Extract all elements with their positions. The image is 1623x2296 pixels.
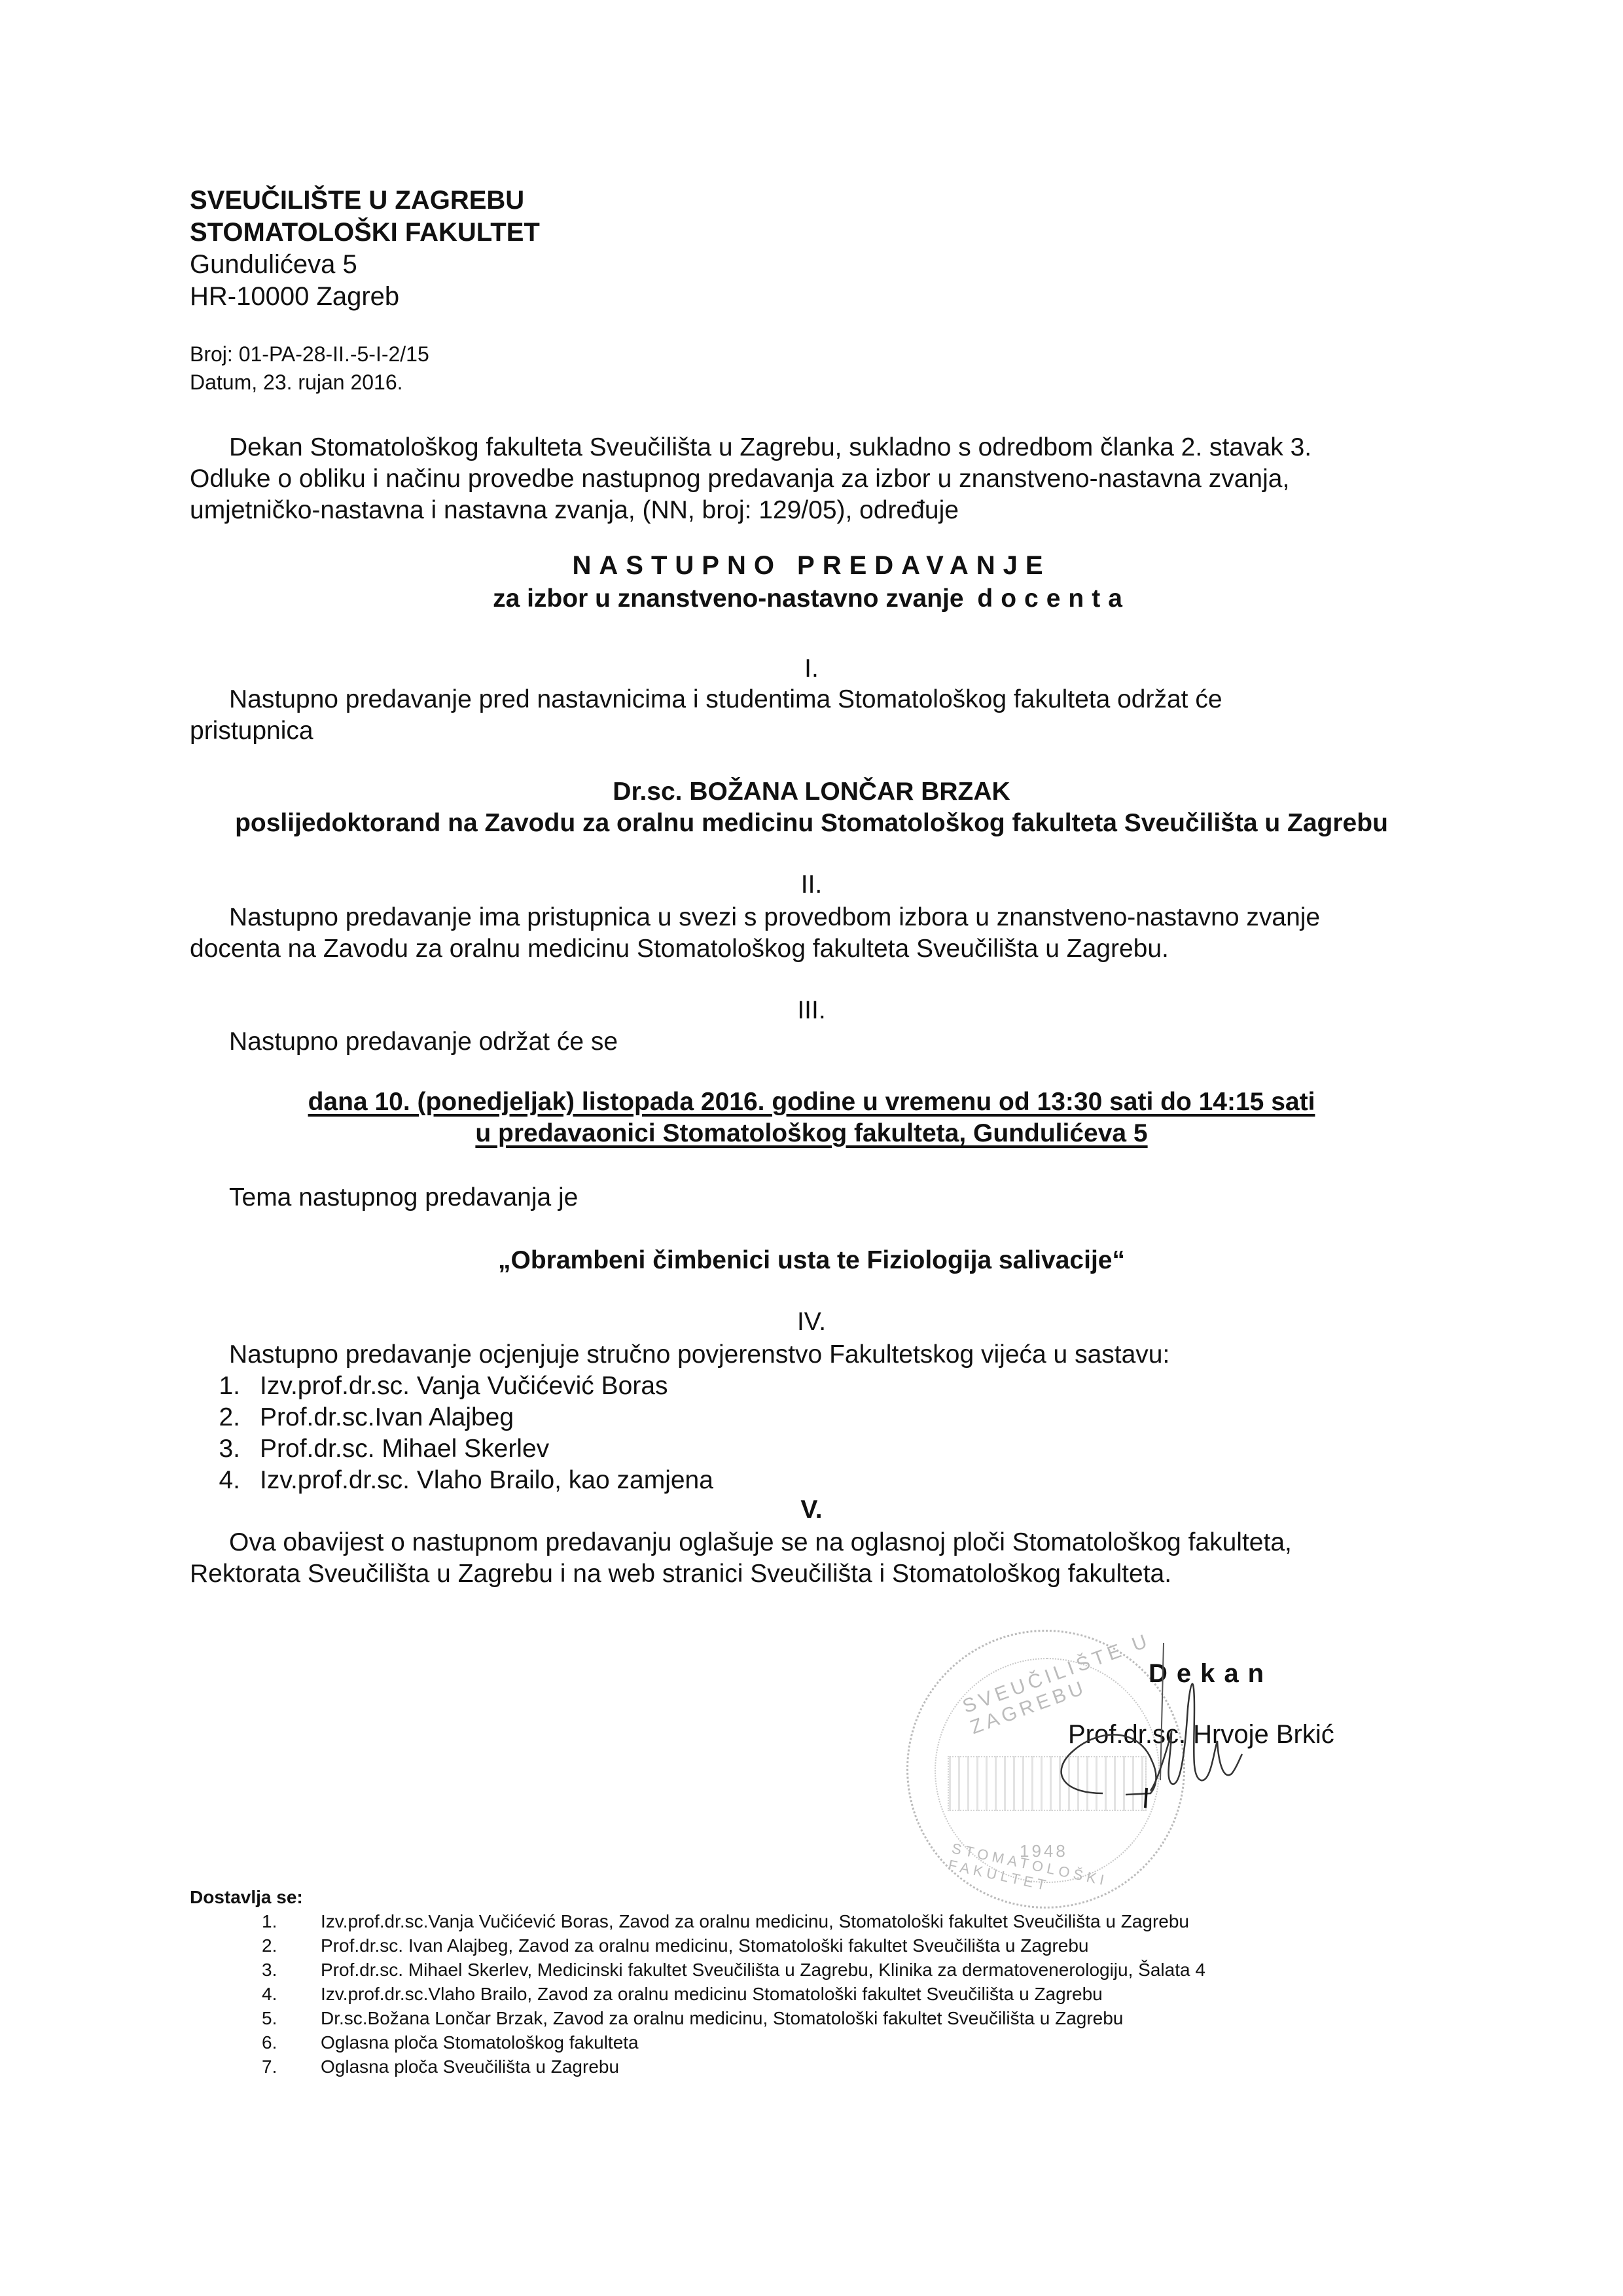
address-city: HR-10000 Zagreb [190,281,399,313]
faculty-name: STOMATOLOŠKI FAKULTET [190,217,540,249]
section-2-line-2: docenta na Zavodu za oralnu medicinu Sto… [190,933,1169,965]
intro-line-1: Dekan Stomatološkog fakulteta Sveučilišt… [229,432,1311,463]
address-street: Gundulićeva 5 [190,249,357,281]
section-5-heading: V. [0,1496,1623,1524]
distribution-item: 3.Prof.dr.sc. Mihael Skerlev, Medicinski… [190,1958,1205,1982]
topic-label: Tema nastupnog predavanja je [229,1182,578,1213]
distribution-item: 2.Prof.dr.sc. Ivan Alajbeg, Zavod za ora… [190,1933,1205,1958]
lecture-datetime: dana 10. (ponedjeljak) listopada 2016. g… [0,1086,1623,1118]
section-4-heading: IV. [0,1308,1623,1336]
committee-member: 2.Prof.dr.sc.Ivan Alajbeg [206,1402,713,1433]
university-name: SVEUČILIŠTE U ZAGREBU [190,185,524,217]
distribution-item: 6.Oglasna ploča Stomatološkog fakulteta [190,2030,1205,2054]
section-5-line-2: Rektorata Sveučilišta u Zagrebu i na web… [190,1558,1171,1590]
subtitle-prefix: za izbor u znanstveno-nastavno zvanje [493,584,963,613]
distribution-item: 4.Izv.prof.dr.sc.Vlaho Brailo, Zavod za … [190,1982,1205,2006]
section-3-heading: III. [0,996,1623,1025]
distribution-item: 1.Izv.prof.dr.sc.Vanja Vučićević Boras, … [190,1909,1205,1933]
section-1-heading: I. [0,655,1623,683]
section-4-intro: Nastupno predavanje ocjenjuje stručno po… [229,1339,1169,1371]
committee-list: 1.Izv.prof.dr.sc. Vanja Vučićević Boras … [206,1371,713,1496]
candidate-position: poslijedoktorand na Zavodu za oralnu med… [0,808,1623,839]
section-2-heading: II. [0,870,1623,899]
distribution-list: 1.Izv.prof.dr.sc.Vanja Vučićević Boras, … [190,1909,1205,2079]
section-1-line-2: pristupnica [190,715,313,747]
candidate-name: Dr.sc. BOŽANA LONČAR BRZAK [0,776,1623,808]
distribution-label: Dostavlja se: [190,1885,303,1909]
distribution-item: 5.Dr.sc.Božana Lončar Brzak, Zavod za or… [190,2006,1205,2030]
document-subtitle: za izbor u znanstveno-nastavno zvanje do… [0,584,1623,613]
handwritten-signature-icon [975,1636,1250,1833]
section-2-line-1: Nastupno predavanje ima pristupnica u sv… [229,902,1320,933]
section-5-line-1: Ova obavijest o nastupnom predavanju ogl… [229,1527,1292,1558]
committee-member: 4.Izv.prof.dr.sc. Vlaho Brailo, kao zamj… [206,1465,713,1496]
intro-line-2: Odluke o obliku i načinu provedbe nastup… [190,463,1289,495]
distribution-item: 7.Oglasna ploča Sveučilišta u Zagrebu [190,2054,1205,2079]
subtitle-rank: docenta [977,584,1130,613]
section-3-intro: Nastupno predavanje održat će se [229,1026,618,1058]
lecture-location: u predavaonici Stomatološkog fakulteta, … [0,1118,1623,1149]
document-title: NASTUPNO PREDAVANJE [0,551,1623,581]
section-1-line-1: Nastupno predavanje pred nastavnicima i … [229,684,1222,715]
committee-member: 3.Prof.dr.sc. Mihael Skerlev [206,1433,713,1465]
document-date: Datum, 23. rujan 2016. [190,368,403,396]
lecture-topic: „Obrambeni čimbenici usta te Fiziologija… [0,1245,1623,1276]
committee-member: 1.Izv.prof.dr.sc. Vanja Vučićević Boras [206,1371,713,1402]
intro-line-3: umjetničko-nastavna i nastavna zvanja, (… [190,495,959,526]
document-number: Broj: 01-PA-28-II.-5-I-2/15 [190,340,429,368]
